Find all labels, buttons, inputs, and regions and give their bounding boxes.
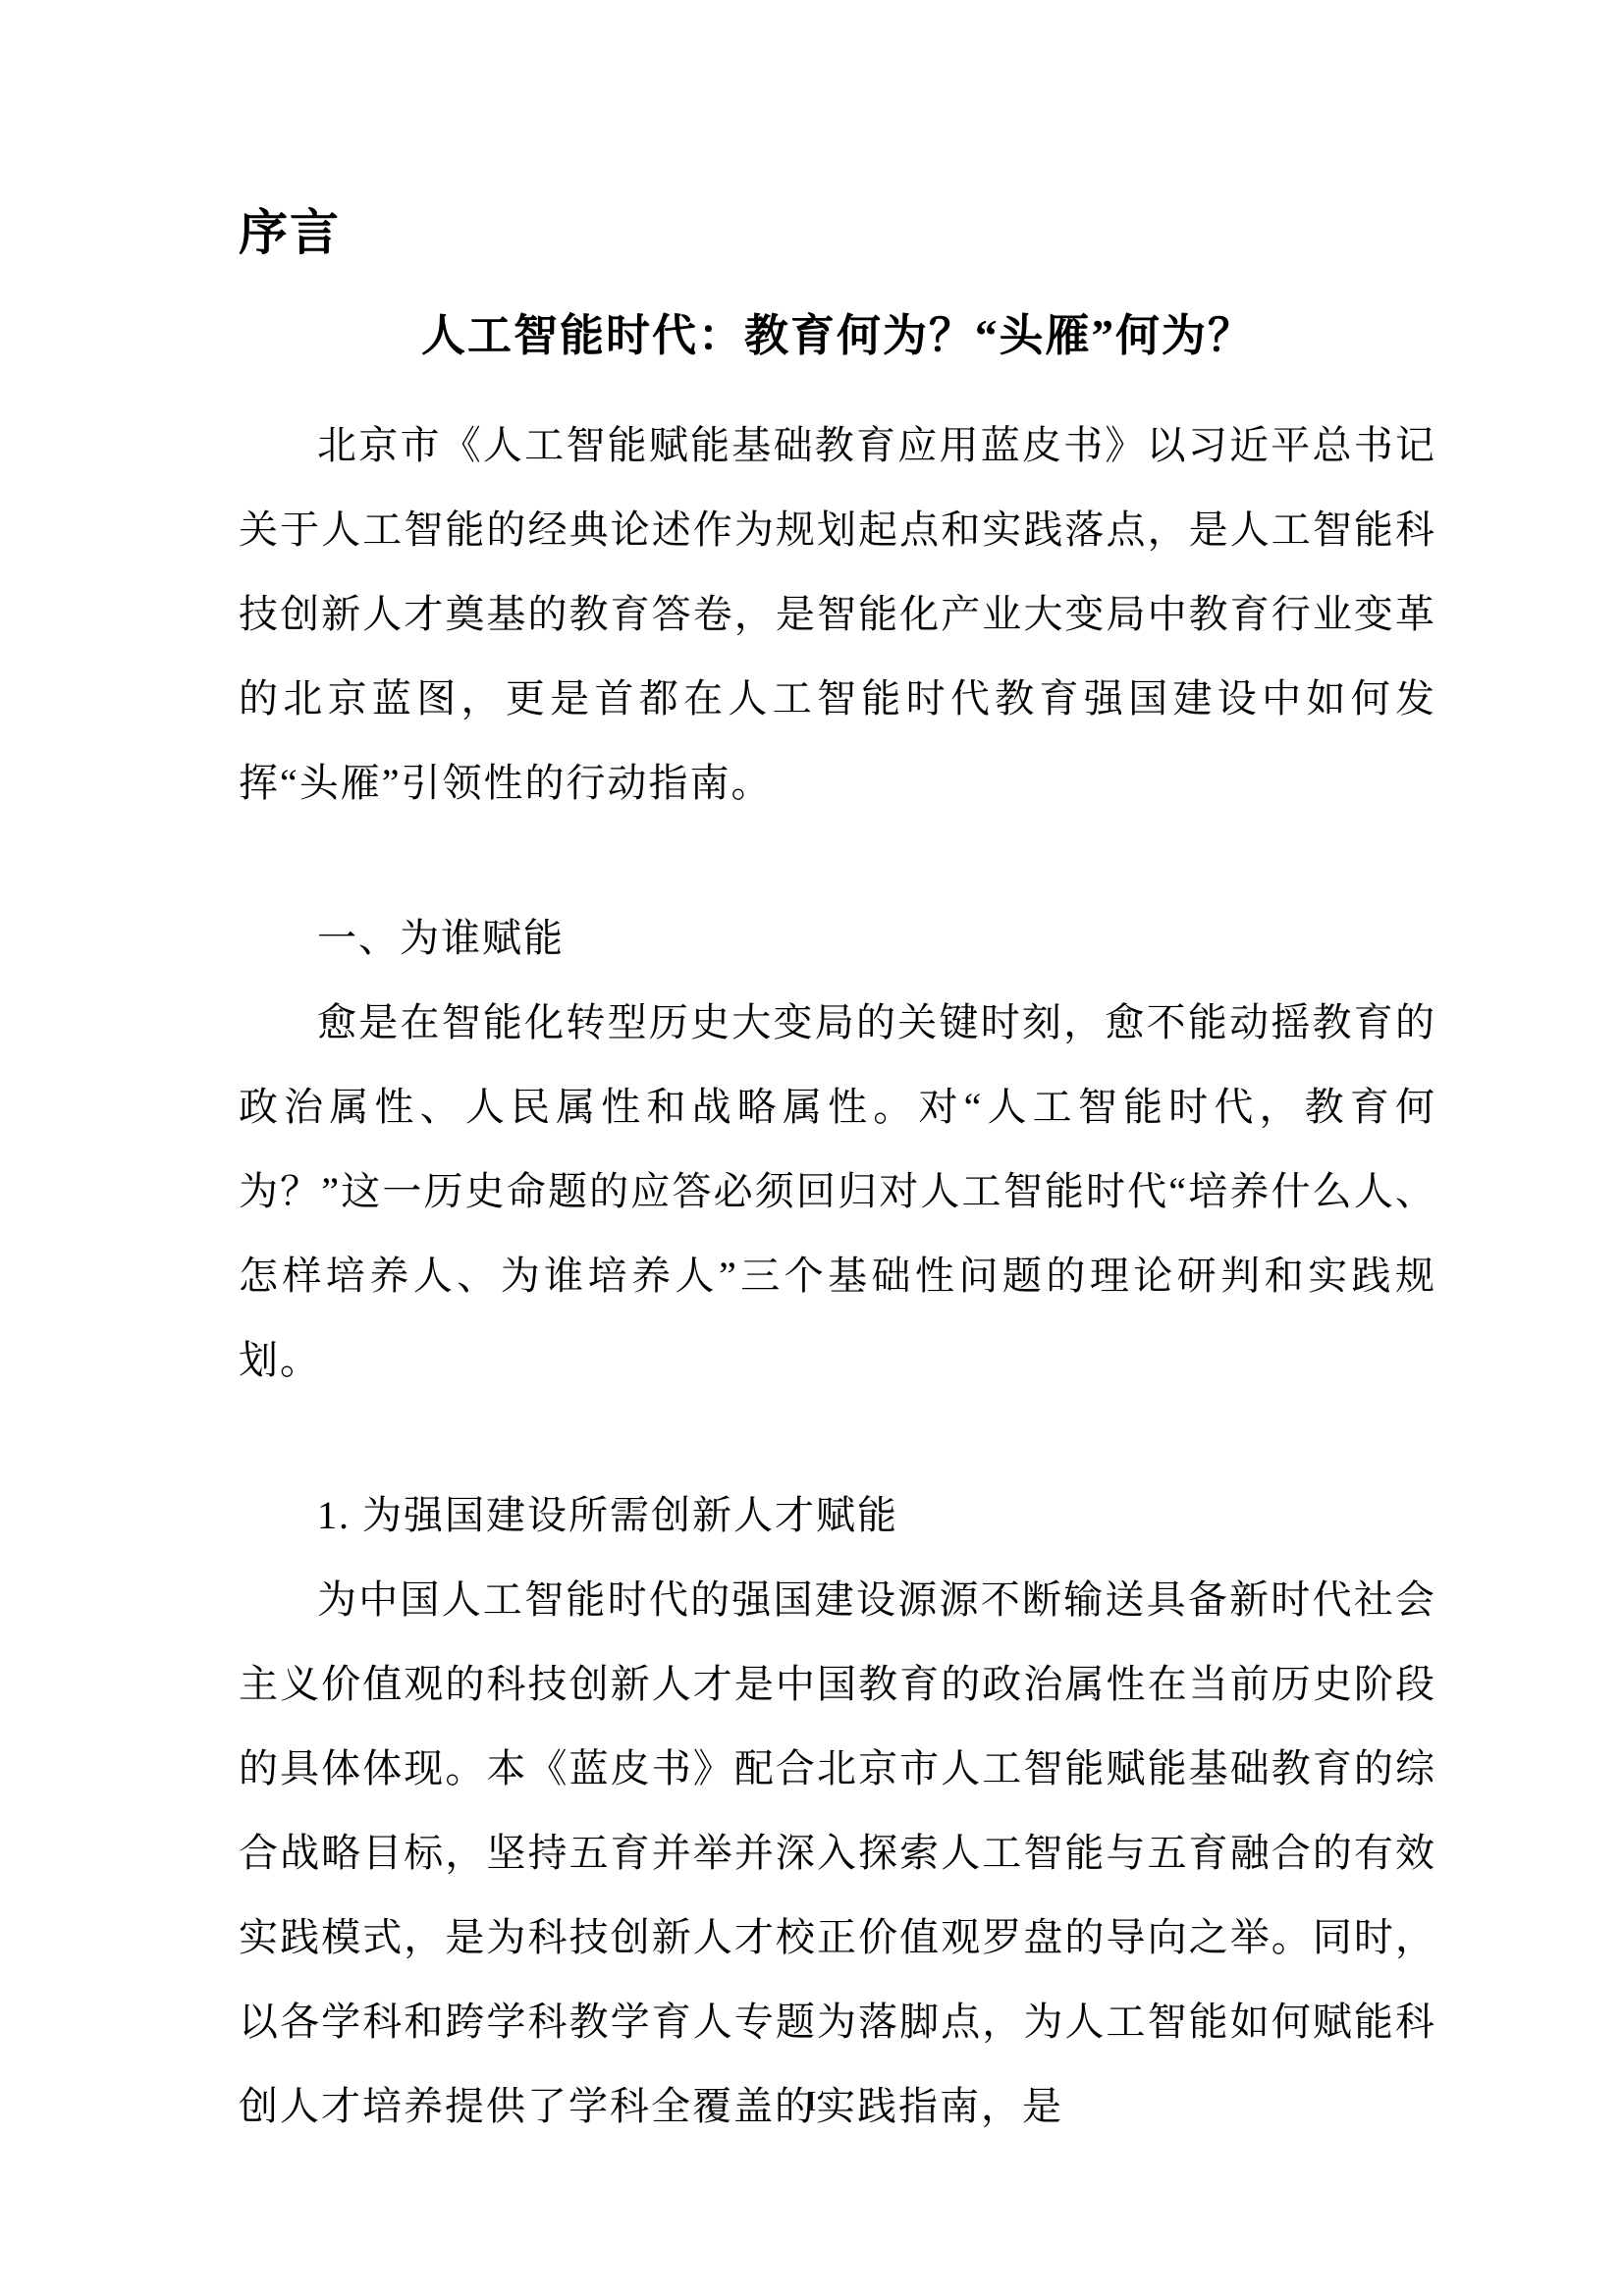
document-page: 序言 人工智能时代：教育何为？“头雁”何为？ 北京市《人工智能赋能基础教育应用蓝… [0, 0, 1623, 2296]
paragraph-talent-cultivation: 为中国人工智能时代的强国建设源源不断输送具备新时代社会主义价值观的科技创新人才是… [239, 1558, 1436, 2149]
page-title: 人工智能时代：教育何为？“头雁”何为？ [239, 311, 1436, 362]
subheading-for-whom-empower: 一、为谁赋能 [239, 896, 1436, 981]
paragraph-intro: 北京市《人工智能赋能基础教育应用蓝皮书》以习近平总书记关于人工智能的经典论述作为… [239, 403, 1436, 826]
page-number: I [0, 2089, 1623, 2116]
section-label: 序言 [239, 206, 1436, 260]
subheading-innovative-talent: 1. 为强国建设所需创新人才赋能 [239, 1473, 1436, 1558]
page-content: 序言 人工智能时代：教育何为？“头雁”何为？ 北京市《人工智能赋能基础教育应用蓝… [239, 0, 1436, 2149]
paragraph-education-attributes: 愈是在智能化转型历史大变局的关键时刻，愈不能动摇教育的政治属性、人民属性和战略属… [239, 981, 1436, 1403]
